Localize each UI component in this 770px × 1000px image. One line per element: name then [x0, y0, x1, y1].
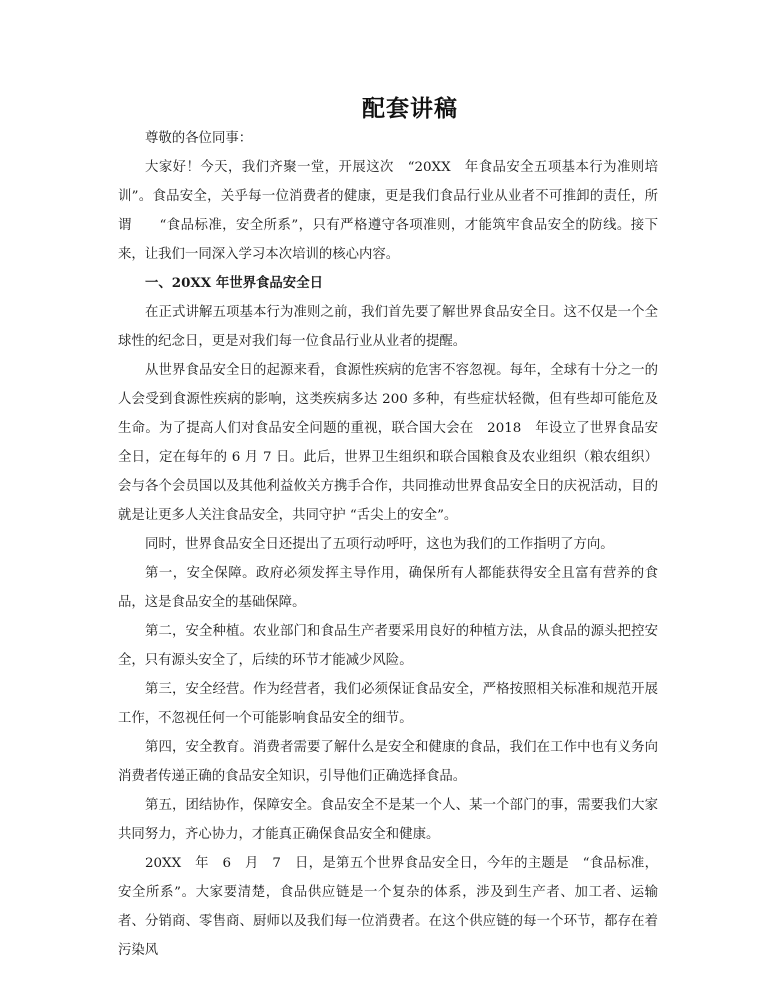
paragraph-action-4: 第四，安全教育。消费者需要了解什么是安全和健康的食品，我们在工作中也有义务向消费… [118, 733, 658, 791]
paragraph: 在正式讲解五项基本行为准则之前，我们首先要了解世界食品安全日。这不仅是一个全球性… [118, 298, 658, 356]
paragraph-intro: 大家好！今天，我们齐聚一堂，开展这次 “20XX 年食品安全五项基本行为准则培训… [118, 153, 658, 269]
paragraph-action-1: 第一，安全保障。政府必须发挥主导作用，确保所有人都能获得安全且富有营养的食品，这… [118, 559, 658, 617]
document-page: 配套讲稿 尊敬的各位同事： 大家好！今天，我们齐聚一堂，开展这次 “20XX 年… [0, 0, 770, 1000]
paragraph-action-3: 第三，安全经营。作为经营者，我们必须保证食品安全，严格按照相关标准和规范开展工作… [118, 675, 658, 733]
document-body: 尊敬的各位同事： 大家好！今天，我们齐聚一堂，开展这次 “20XX 年食品安全五… [118, 124, 658, 965]
paragraph: 从世界食品安全日的起源来看，食源性疾病的危害不容忽视。每年，全球有十分之一的人会… [118, 356, 658, 530]
paragraph-action-2: 第二，安全种植。农业部门和食品生产者要采用良好的种植方法，从食品的源头把控安全，… [118, 617, 658, 675]
paragraph-action-5: 第五，团结协作，保障安全。食品安全不是某一个人、某一个部门的事，需要我们大家共同… [118, 791, 658, 849]
salutation: 尊敬的各位同事： [118, 124, 658, 153]
paragraph: 同时，世界食品安全日还提出了五项行动呼吁，这也为我们的工作指明了方向。 [118, 530, 658, 559]
section-heading: 一、20XX 年世界食品安全日 [118, 269, 658, 298]
paragraph: 20XX 年 6 月 7 日，是第五个世界食品安全日，今年的主题是 “食品标准，… [118, 849, 658, 965]
document-title: 配套讲稿 [0, 90, 770, 123]
